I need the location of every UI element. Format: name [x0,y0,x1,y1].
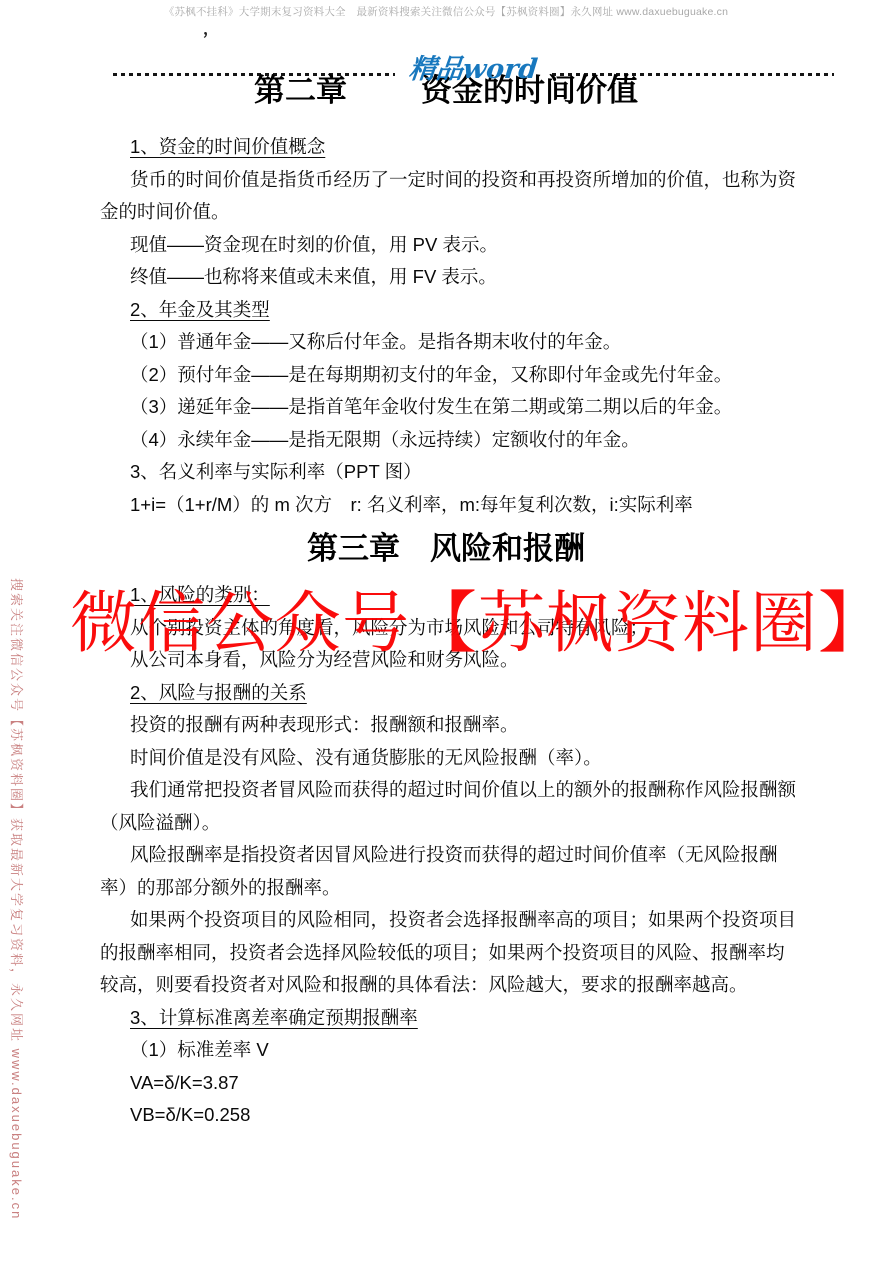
paragraph: 货币的时间价值是指货币经历了一定时间的投资和再投资所增加的价值，也称为资金的时间… [100,164,800,229]
chapter2-number: 第二章 [254,73,347,108]
section-heading: 1、风险的类别： [100,579,800,612]
paragraph: VA=δ/K=3.87 [100,1067,800,1100]
top-promo-header: 《苏枫不挂科》大学期末复习资料大全 最新资料搜索关注微信公众号【苏枫资料圈】永久… [0,0,892,19]
chapter2-content: 1、资金的时间价值概念货币的时间价值是指货币经历了一定时间的投资和再投资所增加的… [100,131,800,521]
paragraph: 风险报酬率是指投资者因冒风险进行投资而获得的超过时间价值率（无风险报酬率）的那部… [100,839,800,904]
paragraph: （4）永续年金——是指无限期（永远持续）定额收付的年金。 [100,424,800,457]
section-heading: 1、资金的时间价值概念 [100,131,800,164]
paragraph: VB=δ/K=0.258 [100,1099,800,1132]
paragraph: （2）预付年金——是在每期期初支付的年金，又称即付年金或先付年金。 [100,359,800,392]
section-heading: 2、风险与报酬的关系 [100,677,800,710]
paragraph: 我们通常把投资者冒风险而获得的超过时间价值以上的额外的报酬称作风险报酬额（风险溢… [100,774,800,839]
section-heading: 2、年金及其类型 [100,294,800,327]
chapter3-name: 风险和报酬 [430,531,585,566]
paragraph: 1+i=（1+r/M）的 m 次方 r: 名义利率，m:每年复利次数，i:实际利… [100,489,800,522]
paragraph: 从个别投资主体的角度看，风险分为市场风险和公司特有风险； [100,612,800,645]
paragraph: （1）普通年金——又称后付年金。是指各期末收付的年金。 [100,326,800,359]
paragraph: （3）递延年金——是指首笔年金收付发生在第二期或第二期以后的年金。 [100,391,800,424]
stray-comma-text: ， [203,16,219,39]
chapter3-number: 第三章 [307,531,400,566]
chapter3-title: 第三章风险和报酬 [0,529,892,569]
side-watermark-text: 搜索关注微信公众号【苏枫资料圈】获取最新大学复习资料，永久网址 www.daxu… [8,578,27,1088]
premium-word-label: 精品word [394,55,554,85]
paragraph: 从公司本身看，风险分为经营风险和财务风险。 [100,644,800,677]
paragraph: 投资的报酬有两种表现形式：报酬额和报酬率。 [100,709,800,742]
paragraph: 3、名义利率与实际利率（PPT 图） [100,456,800,489]
paragraph: 终值——也称将来值或未来值，用 FV 表示。 [100,261,800,294]
paragraph: 现值——资金现在时刻的价值，用 PV 表示。 [100,229,800,262]
chapter3-content: 1、风险的类别：从个别投资主体的角度看，风险分为市场风险和公司特有风险；从公司本… [100,579,800,1132]
paragraph: 时间价值是没有风险、没有通货膨胀的无风险报酬（率）。 [100,742,800,775]
section-heading: 3、计算标准离差率确定预期报酬率 [100,1002,800,1035]
paragraph: （1）标准差率 V [100,1034,800,1067]
paragraph: 如果两个投资项目的风险相同，投资者会选择报酬率高的项目；如果两个投资项目的报酬率… [100,904,800,1002]
